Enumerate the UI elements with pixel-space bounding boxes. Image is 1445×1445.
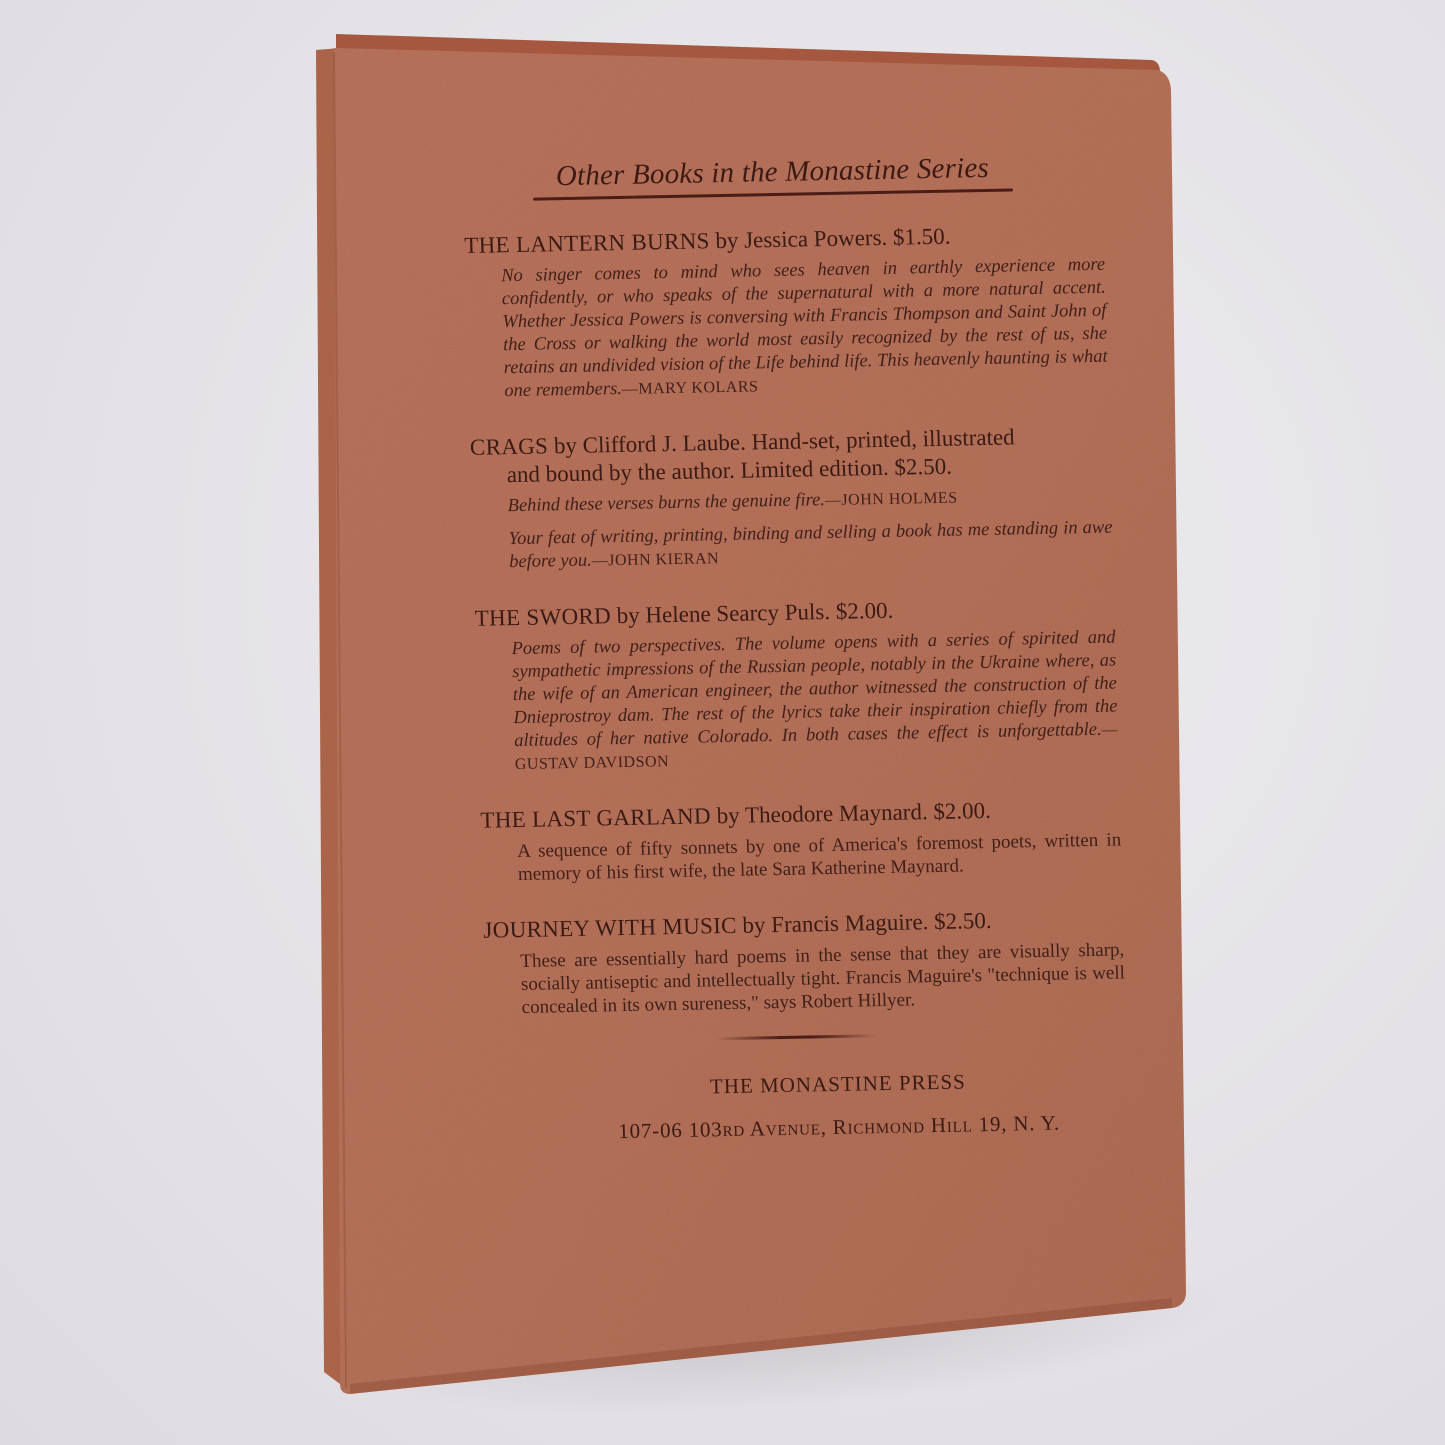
book-review: Poems of two perspectives. The volume op… [475, 627, 1119, 777]
book-description: A sequence of fifty sonnets by one of Am… [481, 828, 1122, 886]
book-heading: THE SWORD by Helene Searcy Puls. $2.00. [474, 593, 1115, 633]
review-text: Behind these verses burns the genuine fi… [507, 490, 825, 516]
book-entry-lantern-burns: THE LANTERN BURNS by Jessica Powers. $1.… [464, 220, 1109, 404]
book-heading: THE LAST GARLAND by Theodore Maynard. $2… [480, 794, 1121, 834]
book-title: THE LANTERN BURNS [464, 228, 710, 258]
review-attribution: —MARY KOLARS [622, 378, 759, 398]
publisher-name: THE MONASTINE PRESS [548, 1066, 1129, 1102]
book-review: Behind these verses burns the genuine fi… [471, 484, 1112, 519]
book-description: These are essentially hard poems in the … [484, 938, 1126, 1019]
book-review: No singer comes to mind who sees heaven … [465, 254, 1109, 404]
ornamental-rule [717, 1034, 877, 1040]
book-title: CRAGS [470, 433, 549, 459]
book-entry-sword: THE SWORD by Helene Searcy Puls. $2.00. … [474, 593, 1119, 777]
book-title: JOURNEY WITH MUSIC [483, 913, 737, 943]
review-text: No singer comes to mind who sees heaven … [501, 255, 1108, 402]
book-title: THE LAST GARLAND [480, 803, 711, 832]
review-attribution: —JOHN HOLMES [825, 490, 958, 510]
cover-text: Other Books in the Monastine Series THE … [462, 150, 1129, 1147]
book-byline: by Helene Searcy Puls. $2.00. [616, 598, 893, 628]
book-byline: by Theodore Maynard. $2.00. [716, 798, 991, 828]
review-text: Poems of two perspectives. The volume op… [511, 628, 1117, 752]
book-entry-journey-with-music: JOURNEY WITH MUSIC by Francis Maguire. $… [483, 904, 1126, 1019]
book-heading: CRAGS by Clifford J. Laube. Hand-set, pr… [470, 422, 1111, 490]
book-review: Your feat of writing, printing, binding … [472, 517, 1113, 575]
review-attribution: —JOHN KIERAN [592, 550, 720, 569]
book-entry-crags: CRAGS by Clifford J. Laube. Hand-set, pr… [470, 422, 1114, 575]
book-byline: by Francis Maguire. $2.50. [742, 908, 992, 938]
book-heading: JOURNEY WITH MUSIC by Francis Maguire. $… [483, 904, 1124, 944]
book-byline: by Jessica Powers. $1.50. [715, 224, 951, 254]
book-entry-last-garland: THE LAST GARLAND by Theodore Maynard. $2… [480, 794, 1122, 886]
book-heading: THE LANTERN BURNS by Jessica Powers. $1.… [464, 220, 1105, 260]
book-title: THE SWORD [474, 603, 611, 631]
